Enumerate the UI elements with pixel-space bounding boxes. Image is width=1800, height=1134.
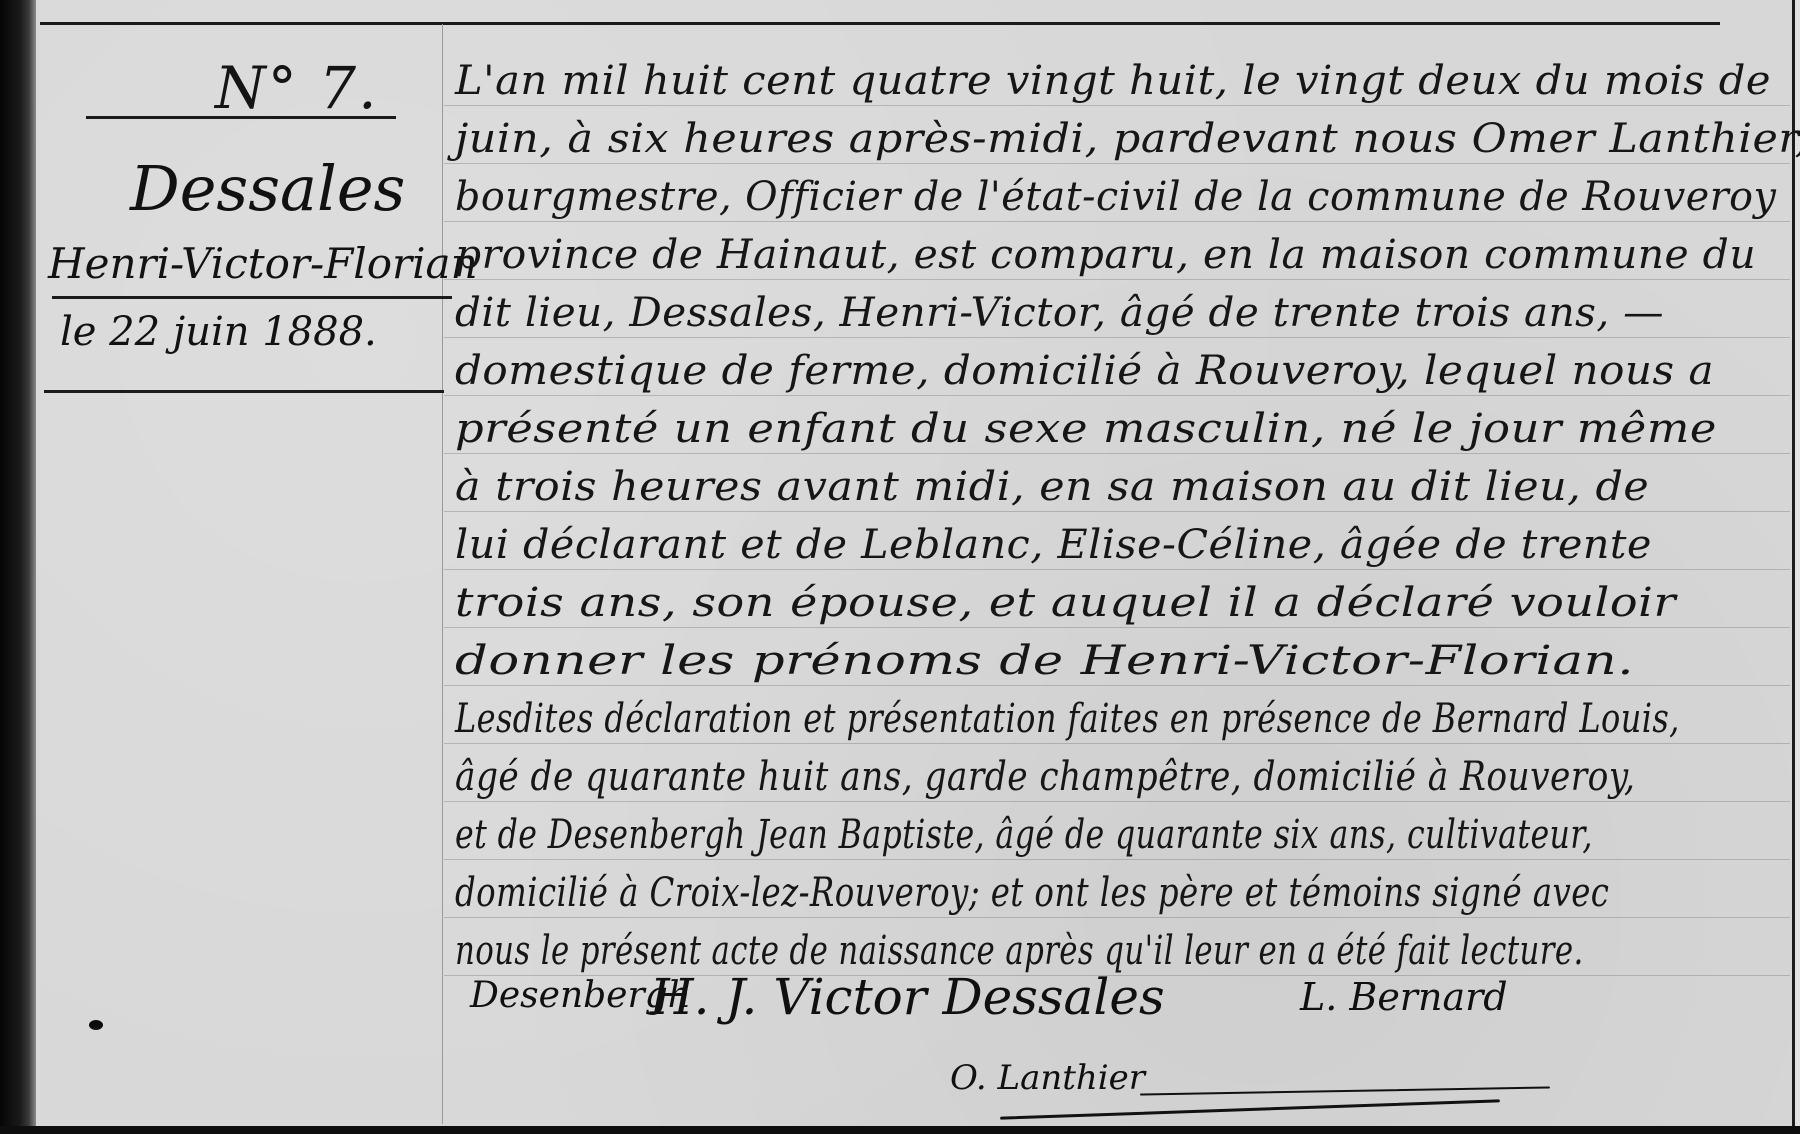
body-line: juin, à six heures après-midi, pardevant… bbox=[455, 116, 1800, 162]
entry-date: le 22 juin 1888. bbox=[60, 309, 377, 355]
ruled-line bbox=[444, 395, 1790, 396]
ruled-line bbox=[444, 569, 1790, 570]
ruled-line bbox=[444, 685, 1790, 686]
child-given-names: Henri-Victor-Florian bbox=[48, 239, 478, 288]
body-line: lui déclarant et de Leblanc, Elise-Célin… bbox=[455, 522, 1652, 568]
margin-rule bbox=[44, 390, 444, 393]
page-bottom-edge bbox=[0, 1126, 1800, 1134]
ruled-line bbox=[444, 279, 1790, 280]
ruled-line bbox=[444, 221, 1790, 222]
entry-number: N° 7. bbox=[215, 54, 379, 122]
body-line: donner les prénoms de Henri-Victor-Flori… bbox=[455, 638, 1634, 684]
signature-flourish bbox=[1000, 1099, 1500, 1119]
ruled-line bbox=[444, 801, 1790, 802]
ruled-line bbox=[444, 337, 1790, 338]
ruled-line bbox=[444, 163, 1790, 164]
ink-blot bbox=[89, 1020, 103, 1030]
body-line: domicilié à Croix-lez-Rouveroy; et ont l… bbox=[455, 870, 1609, 916]
margin-divider-line bbox=[442, 24, 443, 1124]
signature-flourish bbox=[1140, 1086, 1550, 1095]
margin-rule bbox=[86, 116, 396, 119]
ruled-line bbox=[444, 105, 1790, 106]
margin-rule bbox=[52, 296, 452, 299]
scanned-register-page: N° 7. Dessales Henri-Victor-Florian le 2… bbox=[0, 0, 1800, 1134]
child-surname: Dessales bbox=[130, 152, 405, 225]
body-line: L'an mil huit cent quatre vingt huit, le… bbox=[455, 58, 1771, 104]
book-binding-edge bbox=[0, 0, 36, 1134]
body-line: bourgmestre, Officier de l'état-civil de… bbox=[455, 174, 1776, 220]
body-line: domestique de ferme, domicilié à Rouvero… bbox=[455, 348, 1714, 394]
body-line: dit lieu, Dessales, Henri-Victor, âgé de… bbox=[455, 290, 1664, 336]
ruled-line bbox=[444, 743, 1790, 744]
signature-father: H. J. Victor Dessales bbox=[650, 968, 1165, 1026]
page-right-border bbox=[1792, 0, 1800, 1134]
body-line: âgé de quarante huit ans, garde champêtr… bbox=[455, 754, 1635, 800]
signature-witness-bernard: L. Bernard bbox=[1300, 975, 1508, 1019]
top-ruled-line bbox=[40, 22, 1720, 25]
body-line: province de Hainaut, est comparu, en la … bbox=[455, 232, 1756, 278]
body-line: Lesdites déclaration et présentation fai… bbox=[455, 696, 1680, 742]
ruled-line bbox=[444, 859, 1790, 860]
body-line: et de Desenbergh Jean Baptiste, âgé de q… bbox=[455, 812, 1593, 858]
signature-officer: O. Lanthier bbox=[950, 1058, 1145, 1098]
body-line: à trois heures avant midi, en sa maison … bbox=[455, 464, 1649, 510]
ruled-line bbox=[444, 627, 1790, 628]
body-line: trois ans, son épouse, et auquel il a dé… bbox=[455, 580, 1676, 626]
ruled-line bbox=[444, 453, 1790, 454]
ruled-line bbox=[444, 917, 1790, 918]
ruled-line bbox=[444, 511, 1790, 512]
body-line: présenté un enfant du sexe masculin, né … bbox=[455, 406, 1717, 452]
